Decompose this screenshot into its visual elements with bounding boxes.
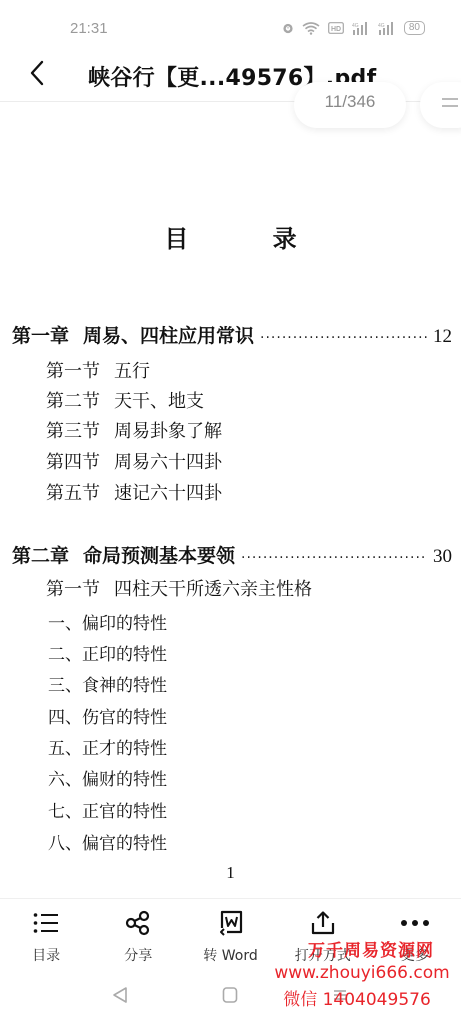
toc-section[interactable]: 第五节速记六十四卦: [46, 479, 222, 505]
system-nav-bar: [0, 970, 461, 1024]
toc-sub-item[interactable]: 二、正印的特性: [48, 640, 167, 665]
alarm-icon: [282, 22, 294, 34]
section-title: 五行: [114, 361, 150, 382]
bottom-toolbar: 目录 分享 转 Word 打开方式 更多: [0, 898, 461, 970]
section-title: 周易六十四卦: [114, 452, 222, 473]
status-icons: HD 4G 4G 80: [282, 21, 425, 35]
section-number: 第五节: [46, 479, 114, 505]
toc-sub-item[interactable]: 八、偏官的特性: [48, 829, 167, 854]
list-icon: [33, 909, 59, 937]
back-button[interactable]: [22, 60, 52, 90]
open-with-button[interactable]: 打开方式: [277, 899, 369, 970]
toc-section[interactable]: 第四节周易六十四卦: [46, 448, 222, 474]
section-number: 第一节: [46, 357, 114, 383]
toc-label: 目录: [32, 945, 60, 965]
home-square-icon[interactable]: [222, 986, 238, 1008]
dot-leader: ·································: [260, 330, 427, 346]
signal-4g-icon: 4G: [352, 22, 370, 35]
open-with-icon: [310, 909, 336, 937]
toc-sub-item[interactable]: 七、正官的特性: [48, 797, 167, 822]
section-number: 第二节: [46, 387, 114, 413]
dot-leader: ···································: [241, 550, 427, 566]
word-convert-icon: [218, 909, 244, 937]
signal-4g-icon: 4G: [378, 22, 396, 35]
chapter-page: 30: [433, 546, 452, 568]
convert-word-button[interactable]: 转 Word: [184, 899, 276, 970]
toc-title: 目 录: [0, 219, 461, 254]
back-triangle-icon[interactable]: [112, 986, 128, 1008]
toc-button[interactable]: 目录: [0, 899, 92, 970]
toc-section[interactable]: 第二节天干、地支: [46, 387, 204, 413]
toc-sub-item[interactable]: 一、偏印的特性: [48, 609, 167, 634]
share-button[interactable]: 分享: [92, 899, 184, 970]
section-number: 第三节: [46, 417, 114, 443]
toc-sub-item[interactable]: 四、伤官的特性: [48, 703, 167, 728]
toc-chapter[interactable]: 第一章 周易、四柱应用常识 ··························…: [12, 321, 452, 348]
wifi-icon: [302, 22, 320, 35]
toc-sub-item[interactable]: 六、偏财的特性: [48, 765, 167, 790]
chevron-left-icon: [29, 60, 45, 90]
chapter-number: 第二章: [12, 541, 69, 568]
pdf-page[interactable]: 目 录 第一章 周易、四柱应用常识 ······················…: [0, 103, 461, 898]
more-icon: [400, 909, 430, 937]
toc-sub-item[interactable]: 五、正才的特性: [48, 734, 167, 759]
more-label: 更多: [401, 945, 429, 965]
share-icon: [125, 909, 151, 937]
recents-icon[interactable]: [332, 986, 348, 1008]
section-title: 速记六十四卦: [114, 483, 222, 504]
section-title: 周易卦象了解: [114, 421, 222, 442]
page-indicator[interactable]: 11/346: [294, 82, 406, 128]
chapter-page: 12: [433, 326, 452, 348]
toc-section[interactable]: 第一节四柱天干所透六亲主性格: [46, 575, 312, 601]
battery-indicator: 80: [404, 21, 425, 35]
more-button[interactable]: 更多: [369, 899, 461, 970]
status-time: 21:31: [70, 20, 108, 37]
chapter-title: 命局预测基本要领: [83, 541, 235, 568]
section-title: 天干、地支: [114, 391, 204, 412]
chapter-title: 周易、四柱应用常识: [83, 321, 254, 348]
section-number: 第一节: [46, 575, 114, 601]
toc-section[interactable]: 第三节周易卦象了解: [46, 417, 222, 443]
share-label: 分享: [124, 945, 152, 965]
toc-section[interactable]: 第一节五行: [46, 357, 150, 383]
chapter-number: 第一章: [12, 321, 69, 348]
section-title: 四柱天干所透六亲主性格: [114, 579, 312, 600]
open-with-label: 打开方式: [295, 945, 351, 965]
svg-text:HD: HD: [331, 26, 341, 33]
outline-menu-button[interactable]: [420, 82, 461, 128]
hd-icon: HD: [328, 22, 344, 34]
page-number: 1: [0, 863, 461, 883]
toc-sub-item[interactable]: 三、食神的特性: [48, 671, 167, 696]
section-number: 第四节: [46, 448, 114, 474]
toc-chapter[interactable]: 第二章 命局预测基本要领 ···························…: [12, 541, 452, 568]
convert-word-label: 转 Word: [203, 945, 257, 965]
